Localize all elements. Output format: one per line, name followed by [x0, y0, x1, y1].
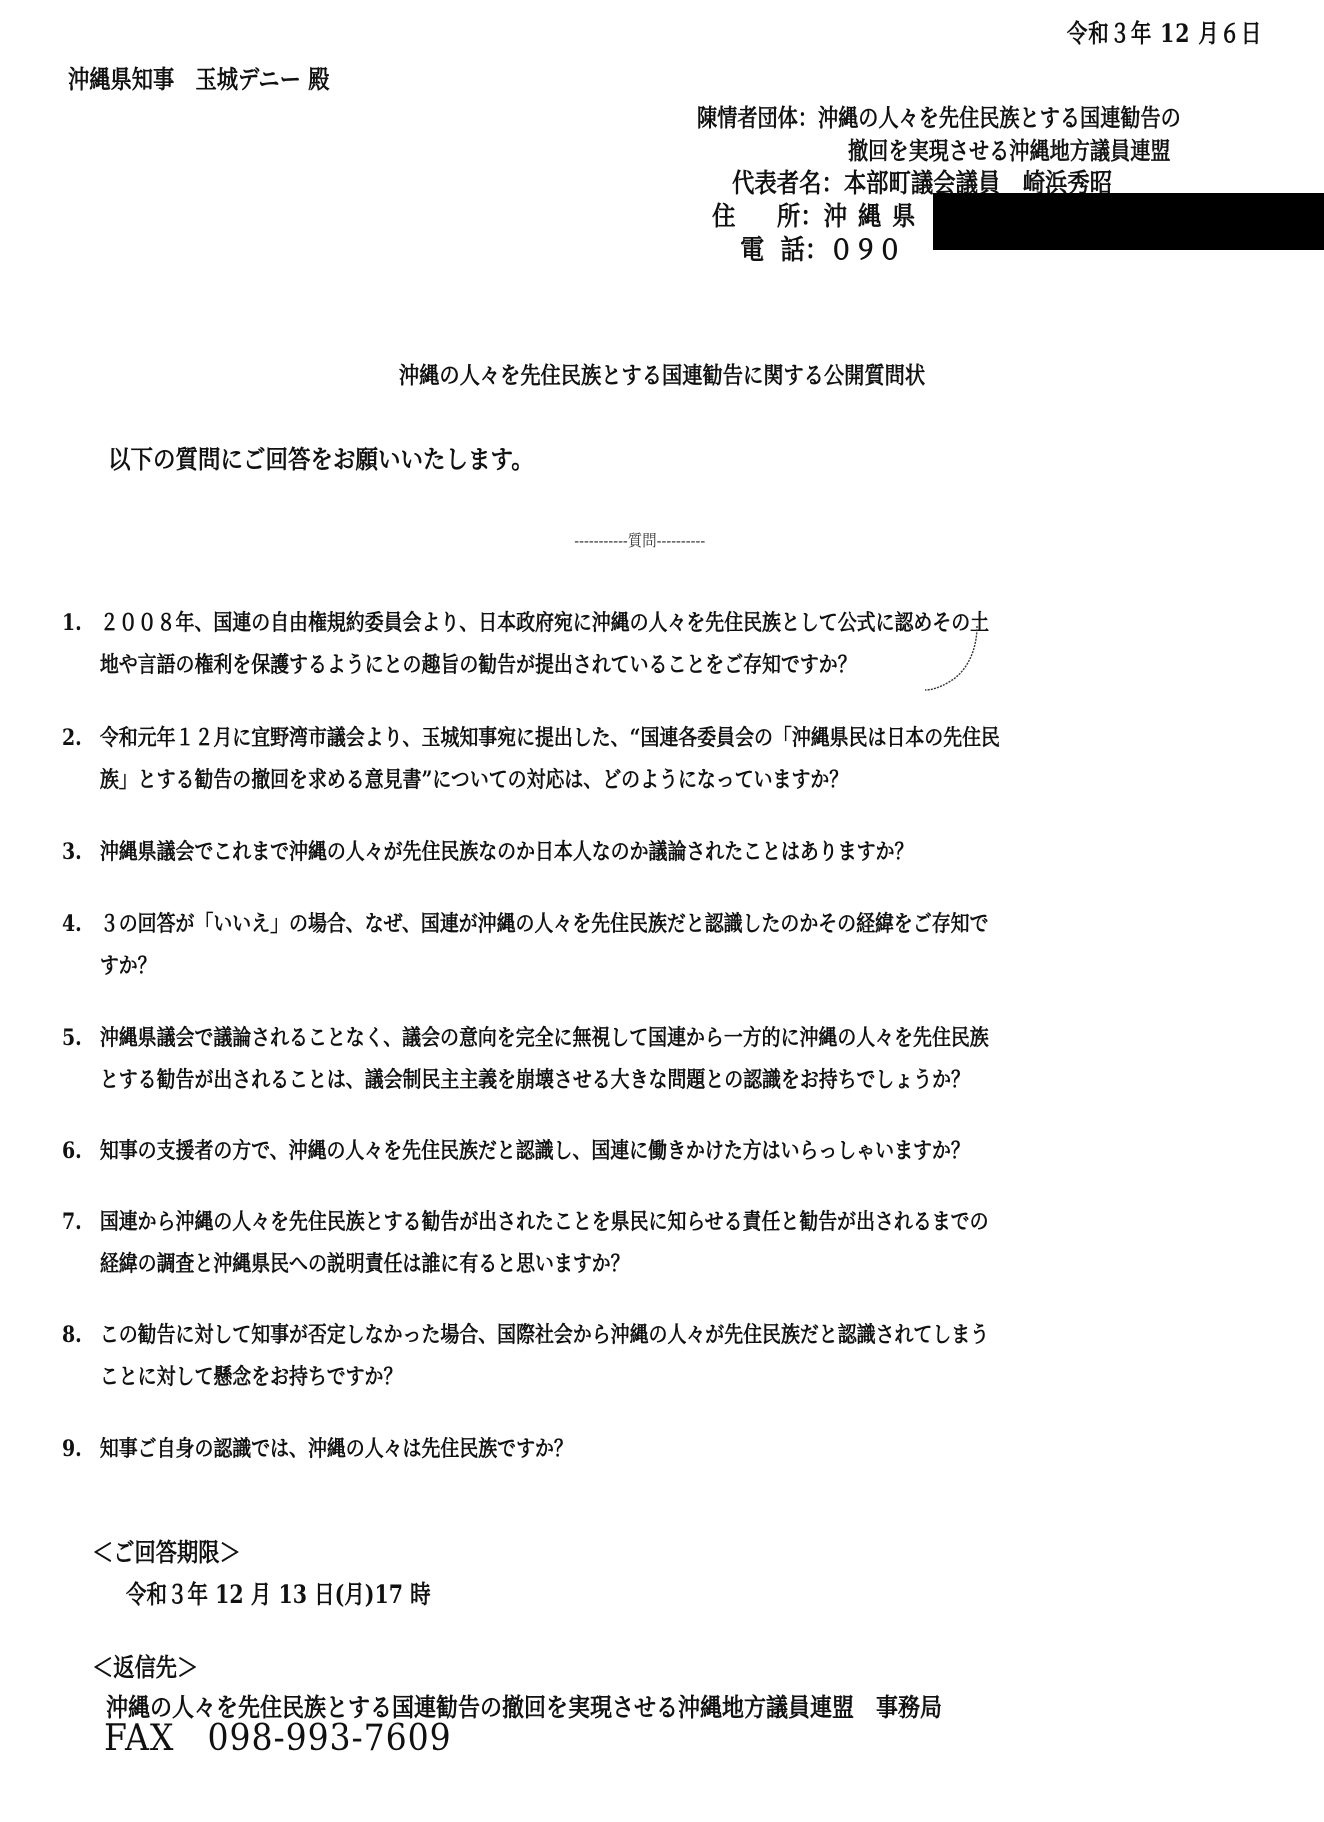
question-text: 族」とする勧告の撤回を求める意見書”についての対応は、どのようになっていますか？	[62, 759, 1266, 801]
question-number: 1.	[62, 602, 100, 644]
sender-organization-name: 沖縄の人々を先住民族とする国連勧告の	[818, 103, 1181, 132]
document-title-text: 沖縄の人々を先住民族とする国連勧告に関する公開質問状	[399, 357, 925, 390]
reply-to-fax: FAX098-993-7609	[104, 1718, 452, 1759]
question-text: 沖縄県議会で議論されることなく、議会の意向を完全に無視して国連から一方的に沖縄の…	[100, 1025, 989, 1051]
question-item-4: 4.３の回答が「いいえ」の場合、なぜ、国連が沖縄の人々を先住民族だと認識したのか…	[62, 903, 1266, 987]
phone-label-part2: 話：	[781, 235, 830, 266]
deadline-value: 令和３年 12 月 13 日(月)17 時	[126, 1575, 431, 1611]
question-number: 9.	[62, 1428, 100, 1470]
fax-number: 098-993-7609	[207, 1718, 451, 1759]
question-text: 沖縄県議会でこれまで沖縄の人々が先住民族なのか日本人なのか議論されたことはありま…	[100, 839, 914, 865]
phone-value: ０９０	[829, 235, 902, 266]
question-number: 3.	[62, 831, 100, 873]
deadline-heading: ＜ご回答期限＞	[92, 1533, 241, 1569]
question-text: とする勧告が出されることは、議会制民主主義を崩壊させる大きな問題との認識をお持ち…	[62, 1059, 1266, 1101]
intro-text: 以下の質問にご回答をお願いいたします。	[108, 440, 534, 476]
address-label-part1: 住	[712, 202, 735, 232]
question-number: 8.	[62, 1314, 100, 1356]
representative-label: 代表者名：	[732, 169, 844, 199]
addressee: 沖縄県知事 玉城デニー 殿	[68, 60, 330, 96]
question-item-5: 5.沖縄県議会で議論されることなく、議会の意向を完全に無視して国連から一方的に沖…	[62, 1017, 1266, 1101]
questions-divider-text: -----------質問----------	[574, 528, 705, 551]
question-item-1: 1.２００８年、国連の自由権規約委員会より、日本政府宛に沖縄の人々を先住民族とし…	[62, 602, 1266, 686]
phone-label-part1: 電	[740, 235, 764, 266]
question-text: ３の回答が「いいえ」の場合、なぜ、国連が沖縄の人々を先住民族だと認識したのかその…	[100, 911, 989, 937]
document-title: 沖縄の人々を先住民族とする国連勧告に関する公開質問状	[0, 357, 1324, 390]
question-item-9: 9.知事ご自身の認識では、沖縄の人々は先住民族ですか？	[62, 1428, 1266, 1470]
question-number: 7.	[62, 1201, 100, 1243]
question-item-6: 6.知事の支援者の方で、沖縄の人々を先住民族だと認識し、国連に働きかけた方はいら…	[62, 1130, 1266, 1172]
question-text: ２００８年、国連の自由権規約委員会より、日本政府宛に沖縄の人々を先住民族として公…	[100, 610, 989, 636]
question-text: ことに対して懸念をお持ちですか？	[62, 1356, 1266, 1398]
redaction-box	[933, 193, 1324, 250]
sender-organization-line2: 撤回を実現させる沖縄地方議員連盟	[848, 131, 1171, 166]
question-number: 2.	[62, 717, 100, 759]
reply-to-heading: ＜返信先＞	[92, 1648, 198, 1684]
question-item-7: 7.国連から沖縄の人々を先住民族とする勧告が出されたことを県民に知らせる責任と勧…	[62, 1201, 1266, 1285]
fax-label: FAX	[104, 1718, 174, 1759]
question-text: 国連から沖縄の人々を先住民族とする勧告が出されたことを県民に知らせる責任と勧告が…	[100, 1209, 989, 1235]
question-item-8: 8.この勧告に対して知事が否定しなかった場合、国際社会から沖縄の人々が先住民族だ…	[62, 1314, 1266, 1398]
question-text: 令和元年１２月に宜野湾市議会より、玉城知事宛に提出した、“国連各委員会の「沖縄県…	[100, 725, 1000, 751]
questions-divider: -----------質問----------	[0, 528, 1324, 551]
question-item-3: 3.沖縄県議会でこれまで沖縄の人々が先住民族なのか日本人なのか議論されたことはあ…	[62, 831, 1266, 873]
question-number: 5.	[62, 1017, 100, 1059]
question-text: この勧告に対して知事が否定しなかった場合、国際社会から沖縄の人々が先住民族だと認…	[100, 1322, 989, 1348]
question-number: 4.	[62, 903, 100, 945]
question-item-2: 2.令和元年１２月に宜野湾市議会より、玉城知事宛に提出した、“国連各委員会の「沖…	[62, 717, 1266, 801]
question-text: 知事の支援者の方で、沖縄の人々を先住民族だと認識し、国連に働きかけた方はいらっし…	[100, 1138, 970, 1164]
sender-organization-label: 陳情者団体：	[697, 103, 818, 132]
question-text: すか？	[62, 945, 1266, 987]
sender-organization-line1: 陳情者団体：沖縄の人々を先住民族とする国連勧告の	[697, 98, 1181, 133]
question-number: 6.	[62, 1130, 100, 1172]
letter-date: 令和３年 12 月６日	[1067, 14, 1262, 50]
question-text: 知事ご自身の認識では、沖縄の人々は先住民族ですか？	[100, 1436, 573, 1462]
question-text: 経緯の調査と沖縄県民への説明責任は誰に有ると思いますか？	[62, 1243, 1266, 1285]
question-text: 地や言語の権利を保護するようにとの趣旨の勧告が提出されていることをご存知ですか？	[62, 644, 1266, 686]
sender-phone: 電話：０９０	[740, 228, 902, 267]
pen-mark-icon	[915, 620, 995, 700]
